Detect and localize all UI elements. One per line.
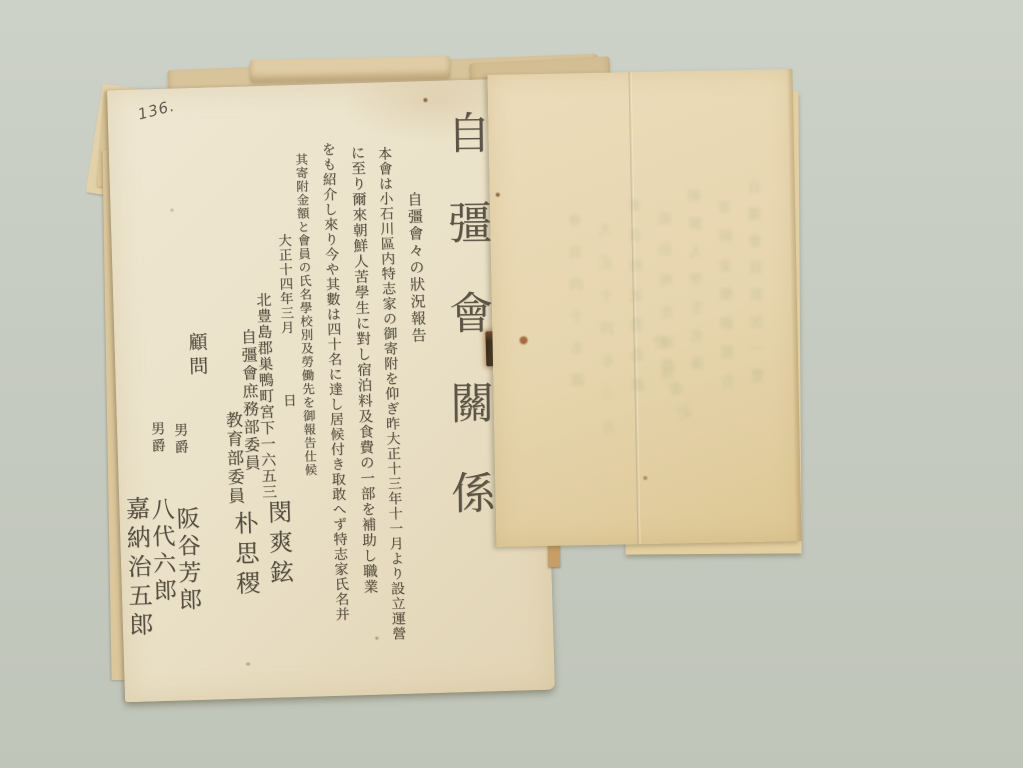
sender2-title: 教育部委員: [223, 411, 243, 506]
bleed-through-layer: 自彊會員狀況一覽 寄附金額御報告 朝鮮人學生名簿 宿泊所在地別 東京府北豊島郡 …: [487, 69, 801, 547]
advisor1-name: 阪谷芳郎: [173, 506, 199, 615]
foxing-spot: [246, 663, 250, 666]
advisor2-peerage: 男爵: [150, 421, 165, 455]
manuscript-page: 136. 自彊會關係 自彊會々の狀況報告 本會は小石川區内特志家の御寄附を仰ぎ昨…: [107, 78, 555, 702]
attached-sheet: 自彊會員狀況一覽 寄附金額御報告 朝鮮人學生名簿 宿泊所在地別 東京府北豊島郡 …: [487, 69, 801, 547]
bleed-through-text: 自彊會員狀況一覽: [750, 180, 767, 396]
bleed-through-text: 東京府北豊島郡: [630, 198, 647, 408]
bleed-through-text: 寄附金額御報告: [720, 200, 737, 403]
title-calligraphy: 自彊會關係: [442, 110, 491, 561]
advisor1-peerage: 男爵: [173, 422, 188, 456]
date-line: 大正十四年三月: [275, 233, 292, 335]
body-column-3: をも紹介し來り今や其數は四十名に達し居候付き取敢へず特志家氏名并: [321, 142, 349, 622]
body-column-1: 本會は小石川區内特志家の御寄附を仰ぎ昨大正十三年十一月より設立運營: [377, 146, 406, 641]
foxing-spot: [171, 209, 174, 212]
bleed-through-text: 朝鮮人學生名簿: [690, 189, 707, 385]
date-day: 日: [280, 393, 294, 407]
bleed-through-text: 大正十四年三月: [600, 223, 617, 454]
page-number: 136.: [136, 97, 177, 124]
advisor3-name: 嘉納治五郎: [123, 496, 151, 642]
under-pages-edge-top-2: [250, 56, 450, 82]
bleed-through-text: 會員四十名調: [570, 213, 587, 405]
advisor-label: 顧問: [186, 332, 206, 381]
archive-photo-scan: 136. 自彊會關係 自彊會々の狀況報告 本會は小石川區内特志家の御寄附を仰ぎ昨…: [0, 0, 1023, 768]
sender1-name: 閔爽鉉: [265, 499, 292, 590]
advisor2-name: 八代六郎: [148, 497, 174, 606]
foxing-spot: [375, 637, 378, 640]
subtitle: 自彊會々の狀況報告: [406, 191, 426, 344]
foxing-spot: [423, 98, 427, 102]
sender2-name: 朴思稷: [232, 510, 259, 601]
body-column-2: に至り爾來朝鮮人苦學生に對し宿泊料及食費の一部を補助し職業: [349, 145, 377, 595]
body-column-4: 其寄附金額と會員の氏名學校別及勞働先を御報告仕候: [294, 153, 316, 477]
